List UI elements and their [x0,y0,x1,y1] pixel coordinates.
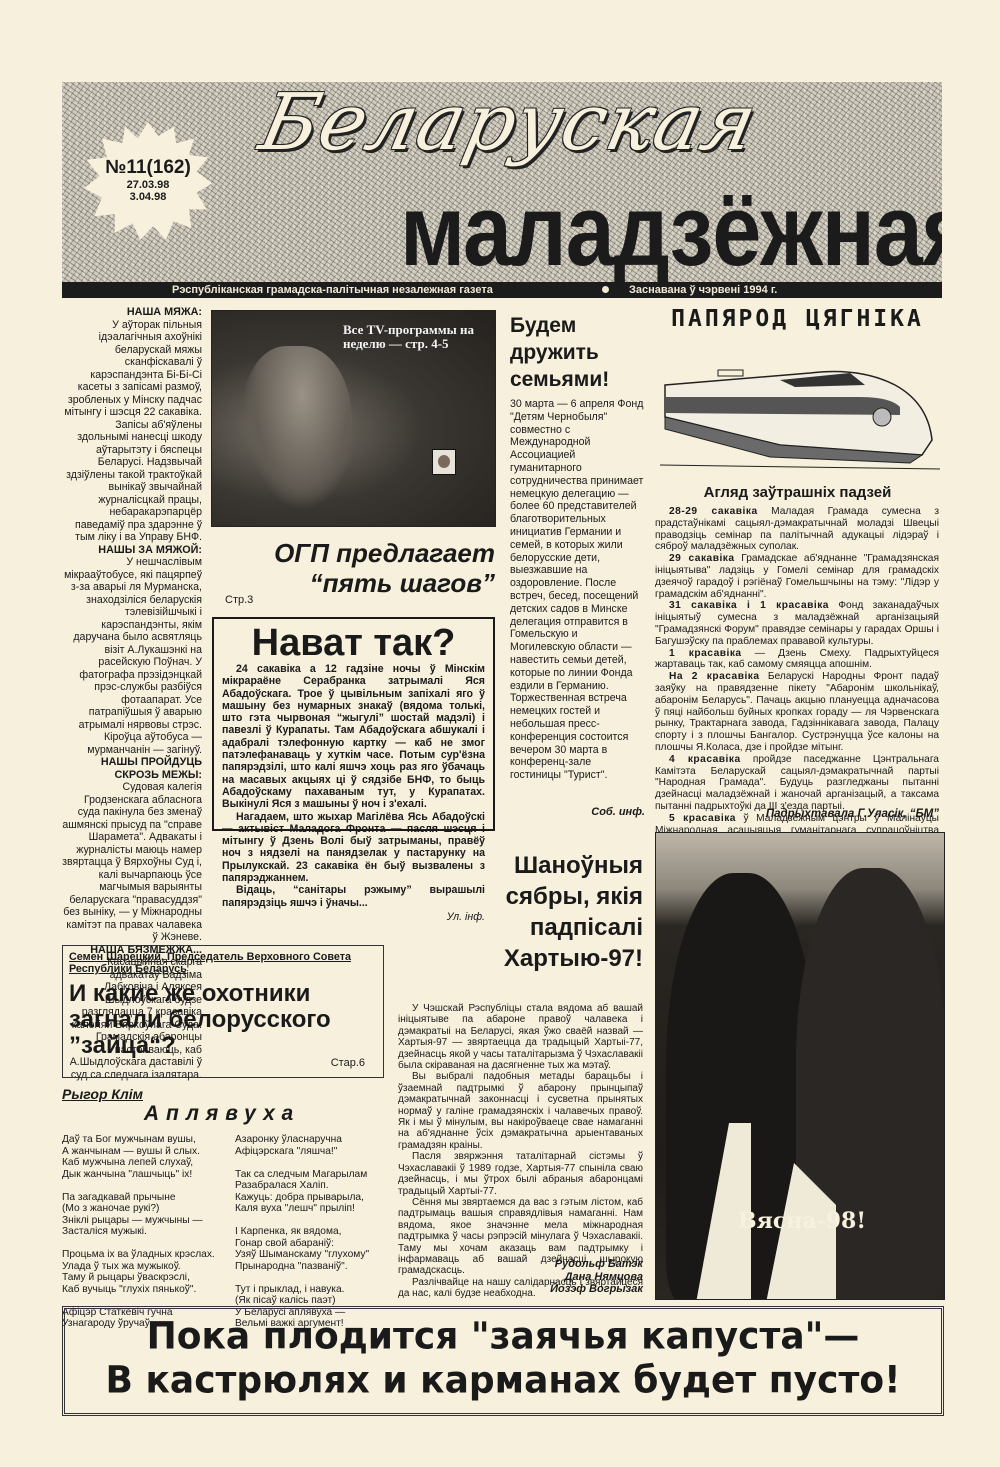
agliad-signature: Падрыхтавала Г.Уласік, “БМ” [655,808,939,820]
masthead-title-script: Беларуская [252,82,764,168]
budem-headline: Будем дружить семьями! [510,312,645,393]
masthead-subtitle-bar: Рэспубліканская грамадска-палітычная нез… [62,282,942,298]
masthead-founded: Заснавана ў чэрвені 1994 г. [629,282,777,298]
masthead-subtitle: Рэспубліканская грамадска-палітычная нез… [172,282,493,298]
tv-programs-caption: Все TV-программы на неделю — стр. 4-5 [343,323,483,351]
issue-date-to: 3.04.98 [130,191,167,204]
event-date: 31 сакавіка і 1 красавіка [669,600,829,611]
navat-tak-article: Нават так? 24 сакавіка а 12 гадзіне ночы… [212,617,495,831]
event-item: 4 красавіка пройдзе паседжанне Цэнтральн… [655,754,939,813]
event-item: 31 сакавіка і 1 красавіка Фонд заканадаў… [655,600,939,647]
slogan-line-1: Пока плодится "заячья капуста"— [65,1314,941,1360]
event-date: 28-29 сакавіка [669,506,758,517]
event-item: 28-29 сакавіка Маладая Грамада сумесна з… [655,506,939,553]
ogp-headline[interactable]: ОГП предлагает “пять шагов” [230,538,495,598]
bottom-slogan-banner: Пока плодится "заячья капуста"— В кастрю… [62,1306,944,1416]
signature-name: Дана Нямцова [398,1271,643,1284]
masthead: Беларуская маладзёжная №11(162) 27.03.98… [62,82,942,282]
navat-headline: Нават так? [222,623,485,663]
event-item: 29 сакавіка Грамадскае аб'яднанне "Грама… [655,553,939,600]
hartyja-signatures: Рудольф Батэк Дана Нямцова Йозэф Вогрыза… [398,1258,643,1296]
events-list: 28-29 сакавіка Маладая Грамада сумесна з… [655,506,939,860]
event-date: 29 сакавіка [669,553,735,564]
hartyja-paragraph: Пасля звяржэння таталітарнай сістэмы ў Ч… [398,1151,643,1197]
budem-signature: Соб. инф. [510,806,645,818]
navat-signature: Ул. інф. [222,911,485,923]
budem-body: 30 марта — 6 апреля Фонд "Детям Чернобыл… [510,398,645,782]
navat-paragraph: Відаць, “санітары рэжыму” вырашылі папяр… [222,884,485,909]
poem-author: Рыгор Клім [62,1086,143,1102]
event-date: 4 красавіка [669,754,741,765]
hartyja-headline: Шаноўныя сябры, якія падпісалі Хартыю-97… [470,850,643,974]
navat-paragraph: Нагадаем, што жыхар Магілёва Ясь Абадоўс… [222,811,485,885]
poem-column-2: Азаронку ўласнаручна Афіцэрскага "ляшча!… [235,1134,369,1330]
thinker-tv-photo: Все TV-программы на неделю — стр. 4-5 [211,310,496,527]
event-text: Беларускі Народны Фронт падаў заяўку на … [655,671,939,753]
event-item: На 2 красавіка Беларускі Народны Фронт п… [655,671,939,754]
issue-date-from: 27.03.98 [127,179,170,192]
issue-number: №11(162) [105,158,191,179]
vyasna-caption: Вясна-98! [738,1208,866,1234]
signature-name: Йозэф Вогрызак [398,1283,643,1296]
navat-paragraph: 24 сакавіка а 12 гадзіне ночы ў Мінскім … [222,663,485,811]
slogan-line-2: В кастрюлях и карманах будет пусто! [65,1358,941,1404]
poem-column-1: Даў та Бог мужчынам вушы, А жанчынам — в… [62,1134,215,1330]
brief-heading: НАШЫ ЗА МЯЖОЙ: [62,544,202,557]
sharetsky-headline: И какие же охотники загнали белорусского… [69,981,377,1059]
sharetsky-page-ref: Стар.6 [331,1057,365,1069]
event-item: 1 красавіка — Дзень Смеху. Падрыхтуйцеся… [655,648,939,672]
thinker-statue-image [242,346,352,511]
brief-text: Судовая калегія Гродзенскага абласнога с… [62,781,202,944]
signature-name: Рудольф Батэк [398,1258,643,1271]
hartyja-paragraph: У Чэшскай Рэспубліцы стала вядома аб ваш… [398,1003,643,1071]
ogp-page-ref: Стр.3 [225,594,253,606]
poem-title: Аплявуха [62,1102,382,1126]
masthead-title-bold: маладзёжная [400,180,942,281]
bullet-icon [602,286,609,293]
train-headline: ПАПЯРОД ЦЯГНІКА [655,306,940,332]
brief-heading: НАШЫ ПРОЙДУЦЬ СКРОЗЬ МЕЖЫ: [62,756,202,781]
hartyja-paragraph: Вы выбралі падобныя метады барацьбы і ўз… [398,1071,643,1151]
brief-text: У нешчаслівым мікрааўтобусе, які пацярпе… [62,556,202,756]
vyasna-98-photo: Вясна-98! [655,832,945,1300]
event-date: На 2 красавіка [669,671,760,682]
issue-starburst: №11(162) 27.03.98 3.04.98 [84,122,212,240]
event-date: 1 красавіка [669,648,742,659]
agliad-subheadline: Агляд заўтрашніх падзей [655,484,940,501]
sharetsky-teaser-box[interactable]: Семен Шарецкий, Председатель Верховного … [62,945,384,1078]
brief-text: У аўторак пільныя ідэалагічныя ахоўнікі … [62,319,202,544]
tv-set-image [432,449,456,475]
train-illustration-icon [660,345,940,470]
brief-heading: НАША МЯЖА: [62,306,202,319]
hartyja-body: У Чэшскай Рэспубліцы стала вядома аб ваш… [398,1003,643,1300]
sharetsky-byline: Семен Шарецкий, Председатель Верховного … [69,951,377,975]
